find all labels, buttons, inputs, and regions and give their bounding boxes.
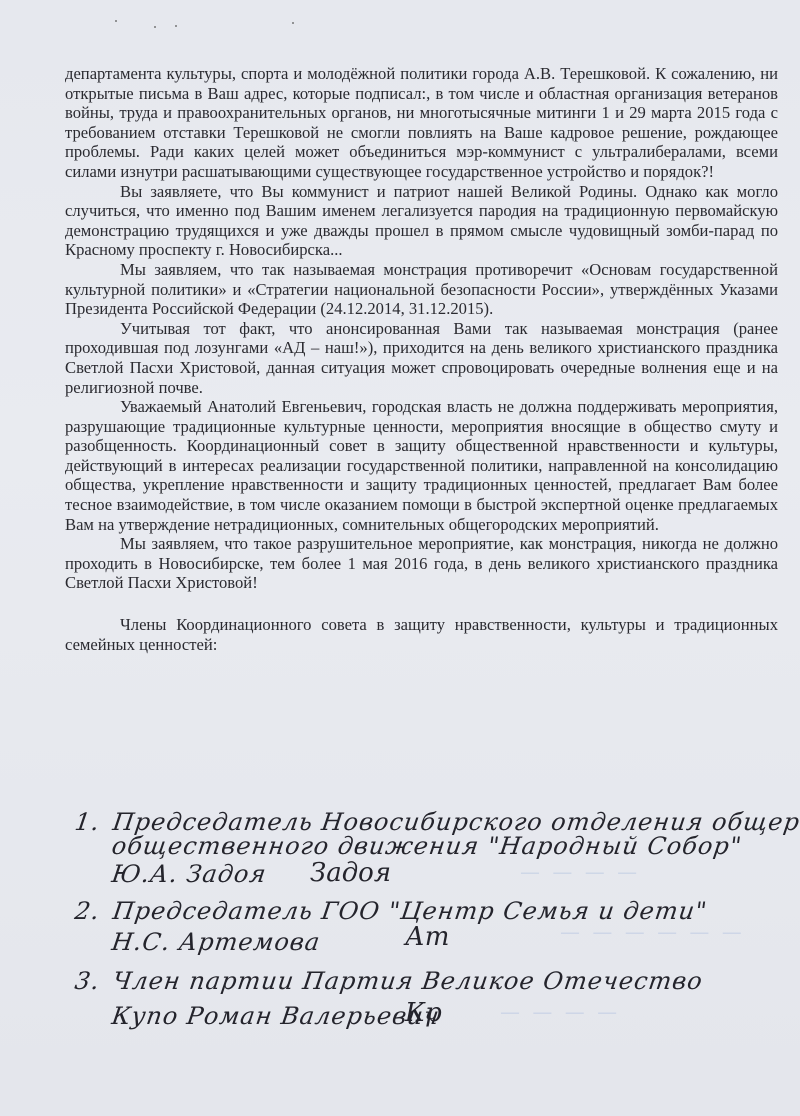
paragraph-state-policy: Мы заявляем, что так называемая монстрац… — [65, 260, 778, 319]
scan-speck — [115, 20, 117, 22]
paragraph-easter: Учитывая тот факт, что анонсированная Ва… — [65, 319, 778, 397]
signatory-1-signature: Задоя — [310, 858, 391, 888]
signatory-3-name: Купо Роман Валерьевич — [110, 1002, 442, 1030]
signatory-number: 1. — [73, 808, 115, 836]
signatory-number: 3. — [73, 967, 115, 995]
paragraph-declaration: Мы заявляем, что такое разрушительное ме… — [65, 534, 778, 593]
scanned-letter-page: департамента культуры, спорта и молодёжн… — [0, 0, 800, 1116]
redacted-phone-3: — — — — — [500, 1000, 620, 1024]
paragraph-communist-patriot: Вы заявляете, что Вы коммунист и патриот… — [65, 182, 778, 260]
letter-body: департамента культуры, спорта и молодёжн… — [65, 64, 778, 654]
paragraph-council-members: Члены Координационного совета в защиту н… — [65, 615, 778, 654]
scan-speck — [292, 22, 294, 24]
paragraph-address-mayor: Уважаемый Анатолий Евгеньевич, городская… — [65, 397, 778, 534]
signatory-1-name: Ю.А. Задоя — [110, 860, 268, 888]
paragraph-continuation: департамента культуры, спорта и молодёжн… — [65, 64, 778, 182]
redacted-phone-1: — — — — — [520, 860, 640, 884]
signatory-3-signature: Кр — [405, 998, 442, 1028]
signatory-number: 2. — [73, 897, 115, 925]
redacted-phone-2: — — — — — — — [560, 920, 745, 944]
scan-speck — [175, 25, 177, 27]
signatory-2-signature: Ат — [405, 922, 449, 952]
signatory-1-title-line2: общественного движения "Народный Собор" — [110, 832, 744, 860]
signatory-3-title: 3.Член партии Партия Великое Отечество — [73, 967, 705, 995]
scan-speck — [154, 26, 156, 28]
signatory-2-name: Н.С. Артемова — [110, 928, 322, 956]
